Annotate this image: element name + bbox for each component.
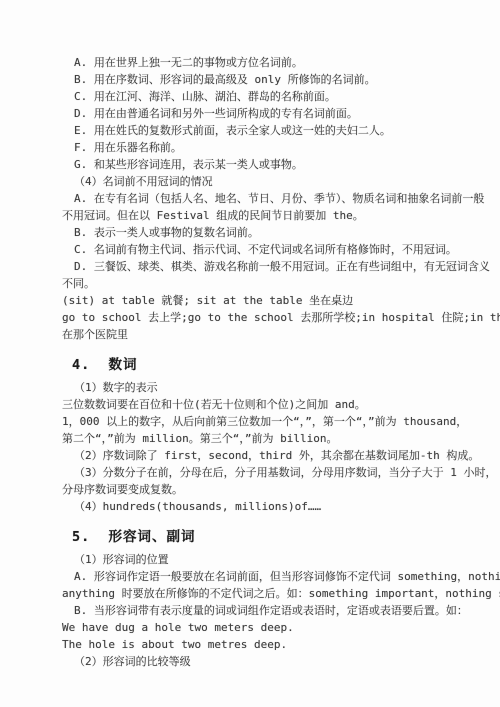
text-line: 第二个“，”前为 million。第三个“，”前为 billion。 bbox=[62, 430, 444, 447]
text-line: （1）形容词的位置 bbox=[62, 551, 444, 568]
text-line: 1，000 以上的数字，从后向前第三位数加一个“，”，第一个“，”前为 thou… bbox=[62, 413, 444, 430]
text-line: （2）形容词的比较等级 bbox=[62, 653, 444, 670]
text-line: A. 在专有名词（包括人名、地名、节日、月份、季节）、物质名词和抽象名词前一般 bbox=[62, 190, 444, 207]
text-line: 分母序数词要变成复数。 bbox=[62, 481, 444, 498]
text-line: The hole is about two metres deep. bbox=[62, 636, 444, 653]
text-line: （3）分数分子在前，分母在后，分子用基数词，分母用序数词，当分子大于 1 小时， bbox=[62, 464, 444, 481]
document-page: A. 用在世界上独一无二的事物或方位名词前。B. 用在序数词、形容词的最高级及 … bbox=[0, 0, 500, 707]
text-line: G. 和某些形容词连用，表示某一类人或事物。 bbox=[62, 156, 444, 173]
text-line: 三位数数词要在百位和十位(若无十位则和个位)之间加 and。 bbox=[62, 396, 444, 413]
text-line: D. 三餐饭、球类、棋类、游戏名称前一般不用冠词。正在有些词组中，有无冠词含义 bbox=[62, 258, 444, 275]
text-line: D. 用在由普通名词和另外一些词所构成的专有名词前面。 bbox=[62, 105, 444, 122]
text-line: E. 用在姓氏的复数形式前面，表示全家人或这一姓的夫妇二人。 bbox=[62, 122, 444, 139]
document-text-block: A. 用在世界上独一无二的事物或方位名词前。B. 用在序数词、形容词的最高级及 … bbox=[62, 54, 444, 670]
text-line: C. 用在江河、海洋、山脉、湖泊、群岛的名称前面。 bbox=[62, 88, 444, 105]
text-line: （2）序数词除了 first，second，third 外，其余都在基数词尾加-… bbox=[62, 447, 444, 464]
section-heading: 5. 形容词、副词 bbox=[62, 529, 444, 546]
text-line: F. 用在乐器名称前。 bbox=[62, 139, 444, 156]
section-heading: 4. 数词 bbox=[62, 357, 444, 374]
text-line: 在那个医院里 bbox=[62, 326, 444, 343]
text-line: go to school 去上学;go to the school 去那所学校;… bbox=[62, 309, 444, 326]
text-line: anything 时要放在所修饰的不定代词之后。如：something impo… bbox=[62, 585, 444, 602]
text-line: A. 形容词作定语一般要放在名词前面，但当形容词修饰不定代词 something… bbox=[62, 568, 444, 585]
text-line: (sit) at table 就餐; sit at the table 坐在桌边 bbox=[62, 292, 444, 309]
text-line: B. 表示一类人或事物的复数名词前。 bbox=[62, 224, 444, 241]
text-line: We have dug a hole two meters deep. bbox=[62, 619, 444, 636]
text-line: B. 当形容词带有表示度量的词或词组作定语或表语时，定语或表语要后置。如： bbox=[62, 602, 444, 619]
text-line: （4）hundreds(thousands, millions)of…… bbox=[62, 498, 444, 515]
text-line: C. 名词前有物主代词、指示代词、不定代词或名词所有格修饰时，不用冠词。 bbox=[62, 241, 444, 258]
text-line: 不用冠词。但在以 Festival 组成的民间节日前要加 the。 bbox=[62, 207, 444, 224]
text-line: A. 用在世界上独一无二的事物或方位名词前。 bbox=[62, 54, 444, 71]
text-line: （4）名词前不用冠词的情况 bbox=[62, 173, 444, 190]
text-line: B. 用在序数词、形容词的最高级及 only 所修饰的名词前。 bbox=[62, 71, 444, 88]
text-line: （1）数字的表示 bbox=[62, 379, 444, 396]
text-line: 不同。 bbox=[62, 275, 444, 292]
